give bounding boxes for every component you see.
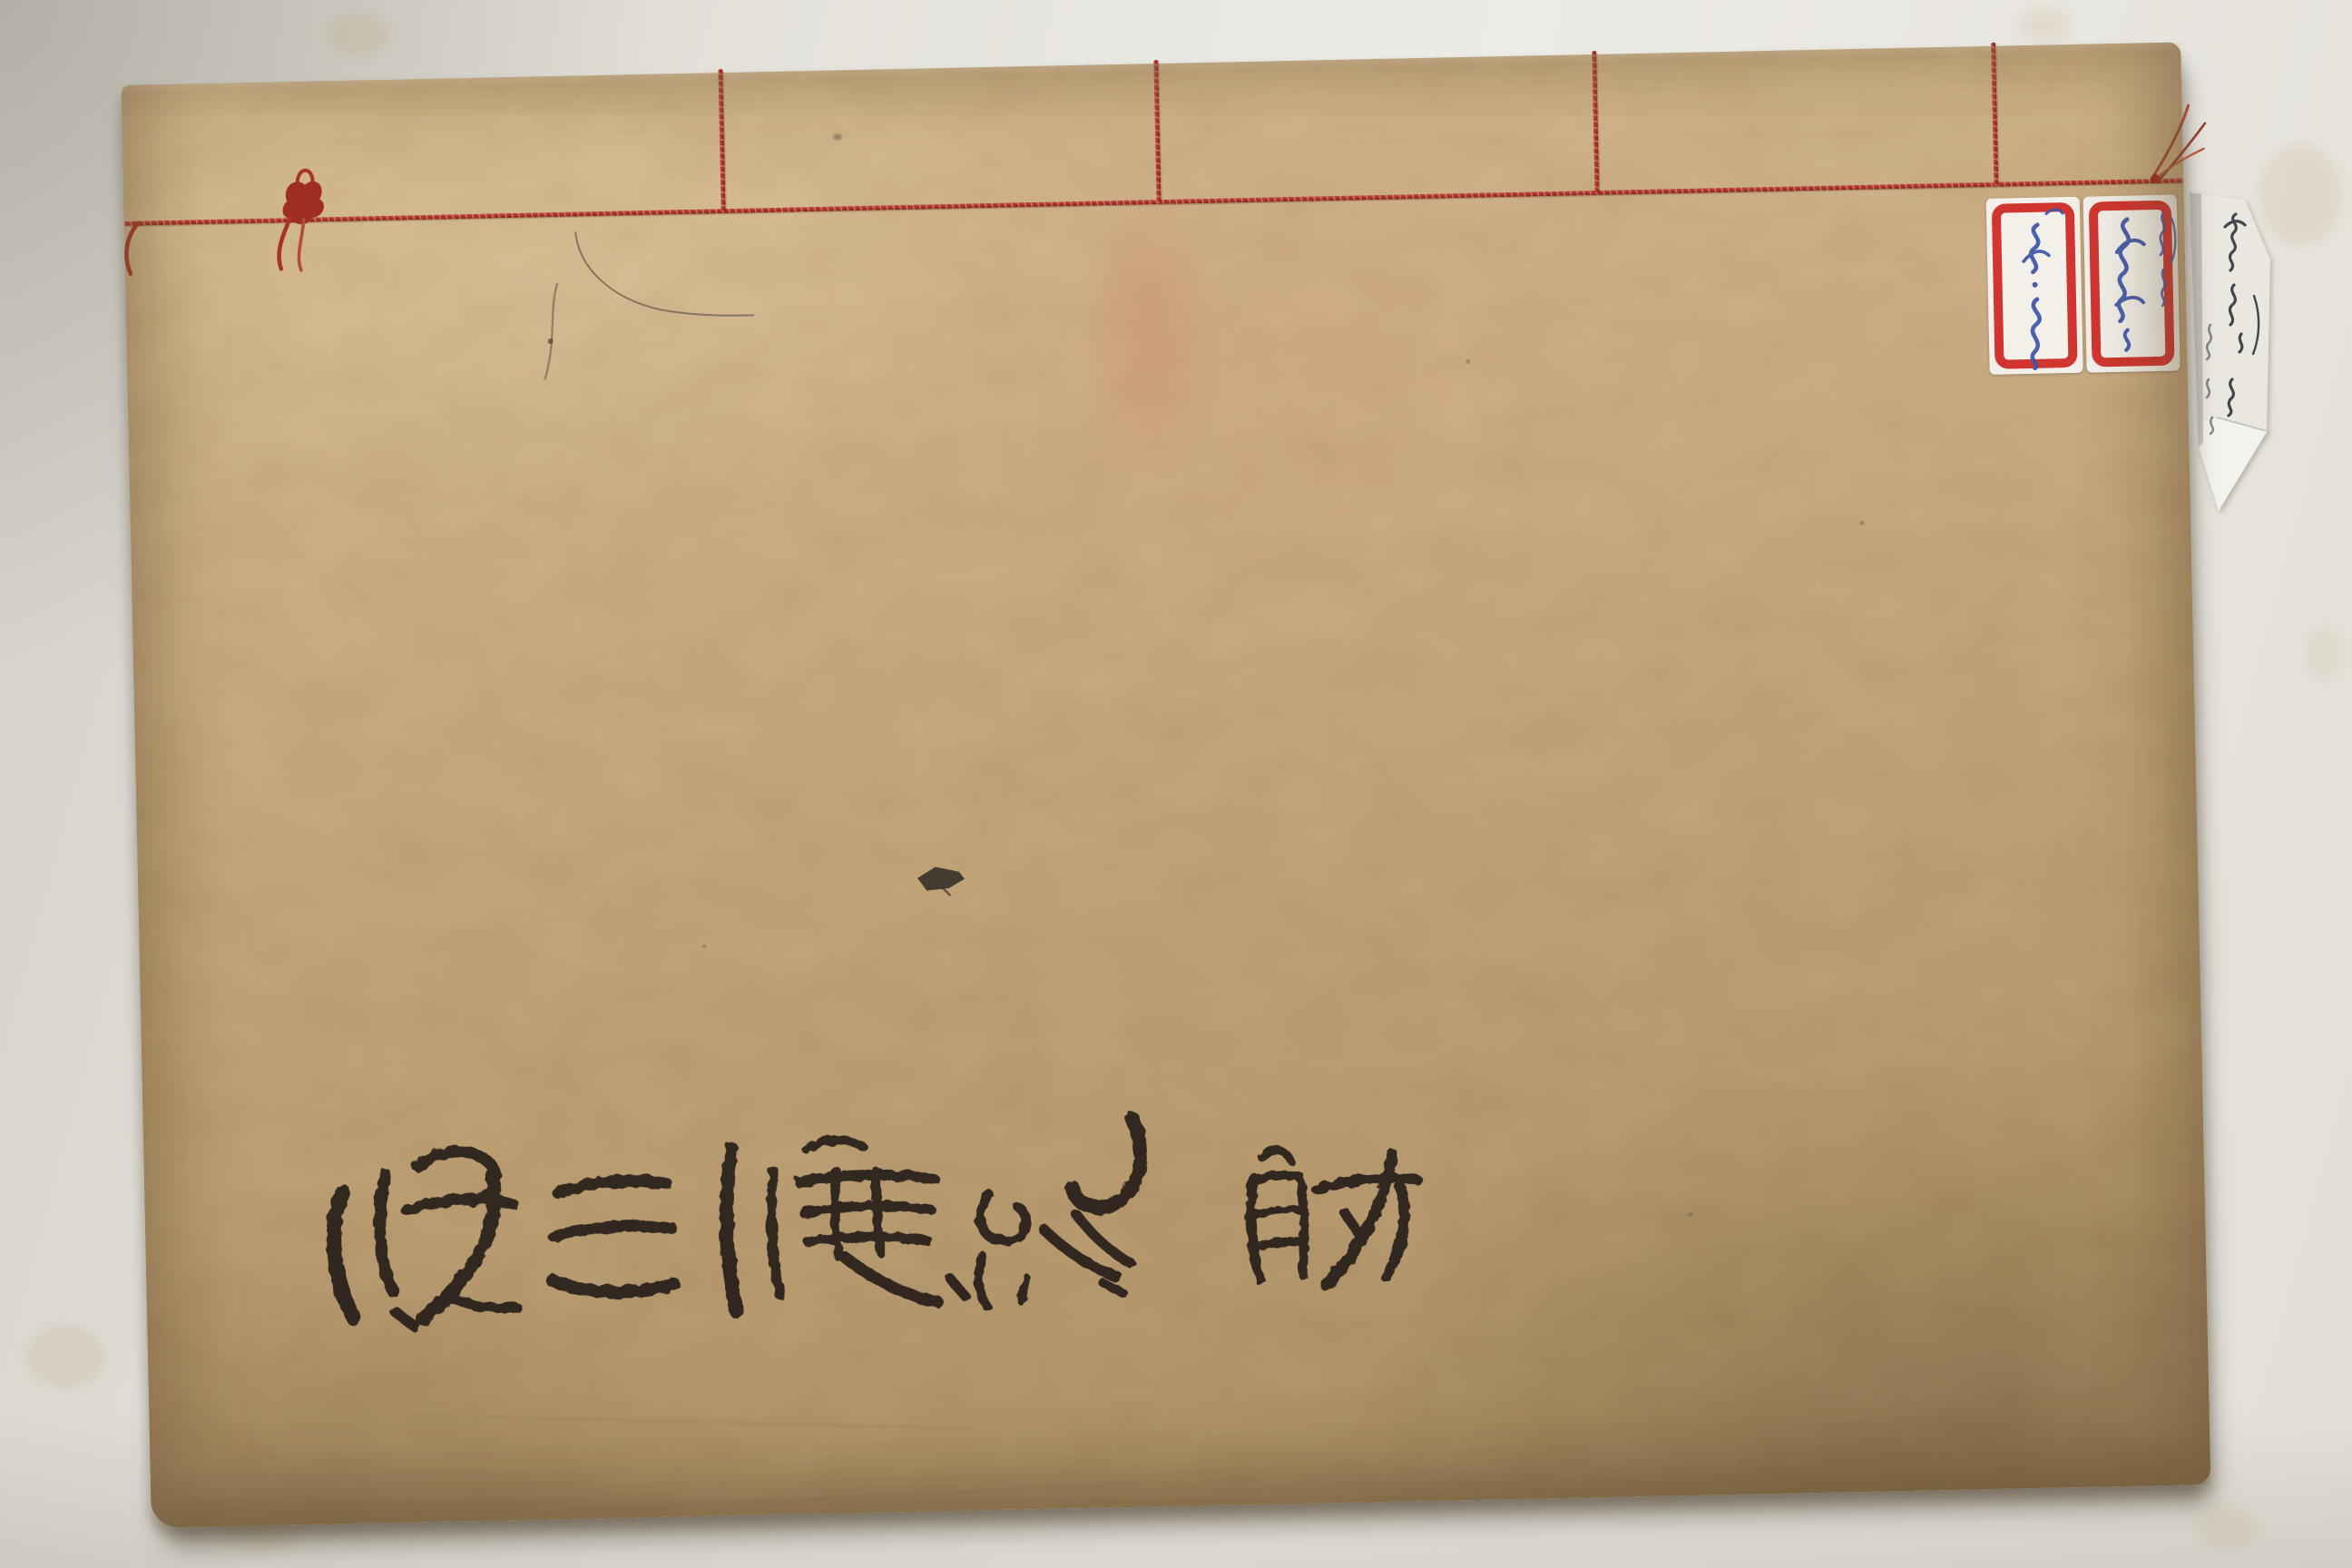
backdrop-stain	[27, 1325, 105, 1388]
red-smudge	[1049, 189, 1253, 846]
binding-stitch	[1153, 60, 1161, 203]
backdrop-stain	[2019, 7, 2070, 44]
backdrop-stain	[2305, 626, 2345, 681]
dust-speck	[1688, 1212, 1693, 1217]
sticker-left	[1986, 197, 2083, 375]
sticker-right	[2083, 195, 2180, 373]
label-stickers	[1986, 195, 2180, 375]
cover-title-calligraphy	[298, 1097, 1482, 1367]
title-char-3	[725, 1138, 938, 1312]
pencil-scratch	[524, 208, 782, 413]
binding-stitch	[1991, 43, 1998, 186]
title-char-1	[332, 1151, 518, 1328]
cover-crease	[542, 1483, 1140, 1514]
thread-fray	[2141, 94, 2215, 198]
backdrop-stain	[327, 13, 390, 56]
book-cover	[122, 42, 2211, 1527]
binding-thread	[124, 178, 2184, 226]
binding-stitch	[1592, 51, 1599, 194]
binding-stitch	[718, 69, 725, 212]
cover-crease	[413, 1414, 975, 1429]
sticker-right-side-note	[2160, 213, 2177, 306]
title-char-2	[549, 1180, 675, 1293]
dust-speck	[702, 945, 707, 948]
title-char-5	[1249, 1147, 1418, 1287]
thread-edge-tail	[119, 217, 152, 290]
title-char-4	[947, 1119, 1144, 1308]
dust-speck	[1465, 359, 1470, 364]
dust-speck	[1859, 521, 1865, 525]
photo-scene: 兎川傳紀 賦 필사·본 토천전긔 이정우 (소계) 兎川傳紀 (1=11|2) …	[0, 0, 2352, 1568]
ink-fleck	[905, 853, 978, 900]
backdrop-stain	[2196, 1506, 2259, 1550]
sticker-left-handwriting	[1986, 197, 2083, 375]
dust-speck	[833, 133, 842, 140]
binding-knot	[259, 153, 343, 282]
sticker-right-handwriting	[2083, 195, 2180, 373]
